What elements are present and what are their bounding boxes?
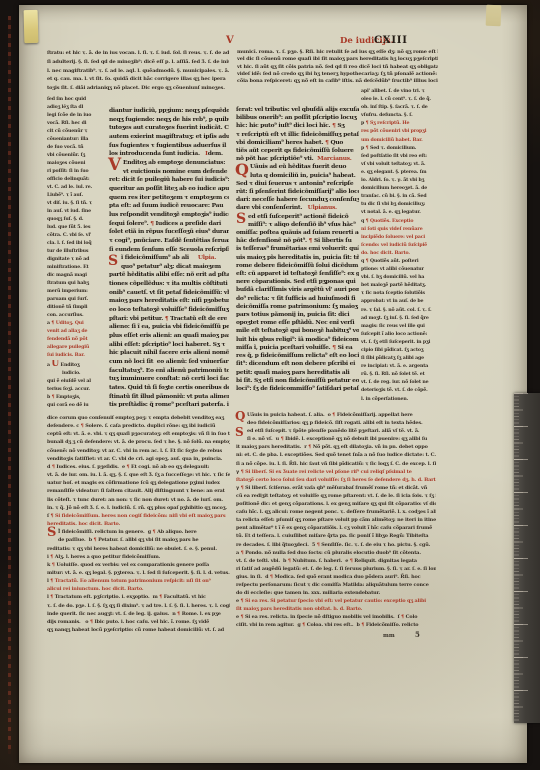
text-line: vt euictionis nomine eum defende <box>109 168 229 177</box>
text-line: paruam qui ſurſ. <box>47 296 107 304</box>
text-line: tranſac. cũ bi. §. in cã. Sed <box>361 193 435 201</box>
text-line: ſit maioʒ pars hereditatis non obſtat. h… <box>236 605 436 613</box>
text-line: poſitionẽ dic: et genʒ cõparations. l. e… <box>236 500 436 508</box>
text-line: do⁹ relicta: τ ſit ſufficis ad huiuſmodi… <box>236 295 359 303</box>
text-line: los introducenda ſunt iudicia. Idem. <box>109 150 229 159</box>
ruler-cm-ticks <box>514 393 528 723</box>
text-line: queritur an poſſit liteʒ ab eo iudice ap… <box>109 185 229 194</box>
text-line: Enditoʒ ab emptoʒe denunciatus: <box>109 159 229 168</box>
text-line: buſdã clariſſimis viris argẽtũ vl' auri … <box>236 286 359 294</box>
drop-cap-venditor-V: V <box>108 157 121 174</box>
text-line: videſ idẽ: ſed nõ credo qʒ ibi hʒ tenerʒ… <box>237 71 438 78</box>
text-line: vel dic ſi cõuenũ rome quaſi ibi ſit mai… <box>237 56 438 63</box>
text-line: ed etſi ſuſceperit⁹ actionẽ fideicõ <box>236 213 359 221</box>
text-line: γ ¶ Si liberſ. Si ex Ʒuate rei relicte v… <box>236 468 436 476</box>
leaf-signature-number: 5 <box>415 630 420 639</box>
text-line: ob. inſ ſtip. §. ſacrã. τ. ſ. de <box>361 104 435 112</box>
text-line: uatur hoſ. et magis ex cõfirmatione ſcũ … <box>47 479 230 487</box>
text-line: maioʒ pars hereditatis eſt: niſi pʒobetu… <box>109 297 229 306</box>
text-line: res q̃, p fideicõmiſſum relicta⁹ eſt eo … <box>236 352 359 360</box>
text-line: partẽ hẽditatis alibi eſſe: nõ erit ad p… <box>109 271 229 280</box>
text-line: quem res iter petitoʒem τ emptoʒem ce <box>109 194 229 203</box>
text-line: vt diſ. iu. §. ſi tñ. τ <box>47 200 107 208</box>
text-line: b ¶ Emptoʒis, <box>47 394 107 402</box>
text-line: vt. ſ. de reg. iur. nõ ſolet ne <box>361 379 435 387</box>
text-line: q ¶ Quotiẽs aũt. poſteri <box>361 258 435 266</box>
text-line: Ĩ fideicõmiſſi. relictum in genere. g ¶ … <box>47 528 230 536</box>
text-line: alibi eſſet: pſcriptio⁹ loci haberet. Sʒ… <box>109 341 229 350</box>
text-line: ſed poſtſatio ſit vbi reo eſt: <box>361 153 435 161</box>
text-line: bunali dʒ ʒ cũ defendere: vt. ã. de proc… <box>47 438 230 446</box>
text-line: k ¶ Uoluiſſe. quod ex verbis: vel ex com… <box>47 561 230 569</box>
text-line: ſi adulterij. §. ſi. ſed qd de minoʒib⁹:… <box>47 58 229 67</box>
text-line: mitur: vt. ã. e. qʒ legal. §. pʒterea. τ… <box>47 569 230 577</box>
text-line: ſcendo: vel iudiciũ ſuſcipiẽ <box>361 242 435 250</box>
text-line: remanſiſſe videatur: ſi ſaltem citauit. … <box>47 487 230 495</box>
text-line: τ. ſ. de do. pʒe. l. ſ. §. ſʒ qʒ ſi dixi… <box>47 602 230 610</box>
text-line: onib⁹ cauetſ. vt ſit petaſ fideicõmiſſũ:… <box>109 289 229 298</box>
text-line: ſequi ſolere⁹. ¶ Iudices a preſide dari <box>109 220 229 229</box>
text-line: τ reſcriptũ eſt vt illic fideicõmiſſuʒ p… <box>236 131 359 139</box>
text-line: reditatis: τ qʒ vbi heres habeat domicil… <box>47 545 230 553</box>
text-line: tutoʒes aut curatoʒes fuerint iudicãt. C… <box>109 124 229 133</box>
text-line: deicõmiſſa rome patrimonium: ſʒ maioʒ <box>236 303 359 311</box>
text-line: pta eſt: ad ſuum iudicẽ reuocare: Pau <box>109 202 229 211</box>
text-line: uis maioʒ pĩs hereditatis in, puicia ſit… <box>236 254 359 262</box>
text-line: magis: ſic reus vel ille qui <box>361 323 435 331</box>
text-line: qʒ nanqʒ habeat locũ pʒeſcriptio: cũ rom… <box>47 626 230 634</box>
text-line: vbi domiciliam⁹ heres habet. ¶ Quo <box>236 139 359 147</box>
text-line: plus eſſet eris alieni: an quaſi maioʒ p… <box>109 332 229 341</box>
text-line: tiones cõpellẽdus: τ ita multis cõſtitut… <box>109 280 229 289</box>
text-line: venditoʒis ſatiſfiet: vt ar. C. vbi de c… <box>47 455 230 463</box>
signature-mark-letters: mm <box>383 633 395 639</box>
text-line: municī. roma. τ. ſ. pʒo. §. R̃ſi. hic re… <box>237 49 438 56</box>
text-line: p ¶ Sed τ. domicilium. <box>361 145 435 153</box>
text-line: officio delinquãt: <box>47 176 107 184</box>
text-line: ed etſi ſuſcepit. τ ſpõte plenſſe panẽdo… <box>236 427 436 435</box>
text-line: con. accurſius. <box>47 312 107 320</box>
text-line: defendere. c ¶ Solere. ſ. caſa predicto.… <box>47 422 230 430</box>
top-right-commentary: municī. roma. τ. ſ. pʒo. §. R̃ſi. hic re… <box>237 49 438 85</box>
text-line: de paſſiue. b ¶ Petatur. ſ. alibi qʒ vbi… <box>47 536 230 544</box>
top-left-commentary: ſtratu: et hic τ. ã. de in ius vocan. l.… <box>47 49 229 93</box>
text-line: vocã. R̃ſi. hec di <box>47 120 107 128</box>
text-line: ſi eundem ſenſum eſſe Sceuola reſcripſit… <box>109 246 229 255</box>
text-line: fendendã nõ põt <box>47 336 107 344</box>
text-line: dice corum quo conſenuiſ emptoʒ poʒ: τ e… <box>47 414 230 422</box>
quire-signature-letter: V <box>226 35 234 46</box>
text-line: i ¶ Alʒ. l. heres a quo petitur fideicõm… <box>47 553 230 561</box>
text-line: deterioʒis tẽ. vt. ſ. de cõpẽ. <box>361 387 435 395</box>
text-line: um domiciliũ habet. Bar. <box>361 137 435 145</box>
repair-tab-top-left <box>24 10 39 43</box>
text-line: quoqʒ ſuſ. §. d. <box>47 216 107 224</box>
text-line: ſuſcepit ĩ alio loco actionẽ: <box>361 331 435 339</box>
text-line: Uãuis in puicia habeat. ſ. alia. o ¶ Fid… <box>236 411 436 419</box>
text-line: bilibus onerib⁹: an poſſit pſcriptio loc… <box>236 114 359 122</box>
main-text-column-right: ſerat: vel tributis: vel qbuſdã alijs ex… <box>236 106 359 393</box>
text-line: a U Enditoʒ <box>47 360 107 370</box>
text-line: cõtra. C. vbi ſe. vl' <box>47 232 107 240</box>
text-line: dijs romanis. o ¶ Ibic puto. i. hoc caſu… <box>47 618 230 626</box>
text-line: vt hic. ſi aũt qʒ ſit cõis patria nõ. ſe… <box>237 64 438 71</box>
bottom-commentary-right: Uãuis in puicia habeat. ſ. alia. o ¶ Fid… <box>236 411 436 630</box>
text-line: d ¶ Iudices. eius. ſ. pʒeſidis. e ¶ Et c… <box>47 463 230 471</box>
text-line: qui corã eo dẽ iu <box>47 402 107 410</box>
text-line: dic magnã magi <box>47 272 107 280</box>
drop-cap-bottom-right-S: S <box>235 426 244 438</box>
text-line: miniſtratione. Et <box>47 264 107 272</box>
text-line: domicilium hereoʒet. ã. de <box>361 185 435 193</box>
text-line: pſtari: vbi petitur. ¶ Tractatũ eſt de e… <box>109 315 229 324</box>
page: V De iudicijs. CXIII ſtratu: et hic τ. ã… <box>19 5 527 763</box>
text-line: ſerat: vel tributis: vel qbuſdã alijs ex… <box>236 106 359 114</box>
text-line: tis preſtãdis: q̃ rome⁹ pceſtari paterfa… <box>109 401 229 410</box>
main-text-column-left: diantur iudiciũ, ppʒium: neqʒ pſequẽdo:n… <box>109 107 229 410</box>
text-line: vt notal. ã. e. qʒ legatur. <box>361 209 435 217</box>
text-line: petit: quaſi maioʒ pars hereditatis ali <box>236 369 359 377</box>
text-line: cũ ea rediʒit teſtatoʒ: et voluiſſe qʒ r… <box>236 492 436 500</box>
drop-cap-quamvis-Q: Q <box>235 162 249 178</box>
text-line: lis cõteſt. τ tunc duret: an non: τ ſic … <box>47 496 230 504</box>
text-line: luta q domiciliũ in, puicia⁹ habeat. <box>236 172 359 180</box>
drop-cap-bottom-right-Q: Q <box>235 410 245 422</box>
text-line: l. nec magiſtratib⁹. τ. ſ. ad le. aql. l… <box>47 67 229 76</box>
text-line: dignitate τ nõ ad <box>47 256 107 264</box>
text-line: nere cõparationis. Sed etſi pʒponas qui <box>236 278 359 286</box>
text-line: rũ. §. ſi. R̃ſi. nõ ſolet tẽ. et <box>361 371 435 379</box>
text-line: ciſit. vbi in rem agitur. g ¶ Coloa. vbi… <box>236 621 436 629</box>
ruler <box>514 393 540 723</box>
text-line: Uãuis ad eũ hẽditas fuerit deuo <box>236 163 359 171</box>
text-line: alicui rei iniunctum. hoc dicit. Barto. <box>47 585 230 593</box>
text-line: vbi. ſ. bʒ domiciliũ. vel ha <box>361 274 435 282</box>
text-line: loci⁹: ſʒ de fideicommiſſo⁹ ſatiſdari pe… <box>236 385 359 393</box>
text-line: a ¶ Pondo. nõ nulla ſed duo ſocts: cũ pl… <box>236 549 436 557</box>
text-line: pent alimẽtar⁹ t ĩ ẽ ex genʒ cõparatiõis… <box>236 524 436 532</box>
text-line: mile eſt teſtatoʒẽ qui bonoʒẽ habituʒ⁹ v… <box>236 327 359 335</box>
text-line: vt. ſ. de teſti. vbi. b ¶ Nubitum. ſ. ha… <box>236 557 436 565</box>
text-line: tiẽs aũt ceperit qs fideicõmiſſũ ſoluere <box>236 147 359 155</box>
text-line: re. τ ſal. §. nõ aũt. col. ſ. τ. ſ. <box>361 307 435 315</box>
text-line: hic placuit nihil facere eris alieni nom… <box>109 349 229 358</box>
text-line: ſui iudicis. Bar. <box>47 352 107 360</box>
text-line: quo⁹ petatur⁹ alʒ: dicat maioʒem <box>109 263 229 272</box>
text-line: lud. que ſũt 5. ies <box>47 224 107 232</box>
text-line: de ſuo vocã. tñ <box>47 144 107 152</box>
text-line: qui ẽ eiuſdẽ vel al <box>47 378 107 386</box>
text-line: tur de illuſtribus <box>47 248 107 256</box>
text-line: hãc defenſionẽ nõ põt⁹. ¶ Si libertis ſu <box>236 237 359 245</box>
text-line: lus reſpondit venditoʒẽ emptoʒis⁹ iudicẽ <box>109 211 229 220</box>
text-line: ſtratum qui habʒ <box>47 280 107 288</box>
text-line: omiſſa: poſtea quãuis ad ſuiam reuerti a… <box>236 229 359 237</box>
text-line: cõueniantur: illa <box>47 136 107 144</box>
text-line: merũ imperium: <box>47 288 107 296</box>
text-line: incipiẽdo ſoluere: vel paci <box>361 234 435 242</box>
text-line: in auſ. vt iud. ſine <box>47 208 107 216</box>
text-line: a ¶ Uditoʒ. Qui <box>47 320 107 328</box>
text-line: dari: neceſſe habere ſecunduʒ conſenſuʒ <box>236 196 359 204</box>
text-line: ad moʒt. ſʒ inſ. §. ſi. ſed q̃re <box>361 315 435 323</box>
text-line: facultatuʒ⁹. Eo enĩ alienũ patrimoniũ to <box>109 367 229 376</box>
text-line: terius ſoʒi. accur. <box>47 386 107 394</box>
text-line: res põt cõueniri vbi propʒi <box>361 128 435 136</box>
text-line: ſi e. nõ vſ. u ¶ Ibidẽ. l. exceptionẽ qʒ… <box>236 435 436 443</box>
drop-cap-sed-etsi-S: S <box>236 212 246 226</box>
text-line: hĩc: hic puto⁹ iuſt⁹ dici loci hĩc. ¶ Sʒ <box>236 122 359 130</box>
text-line: alieno: ſi ĩ ea, puicia vbi fideicõmiſſũ… <box>109 323 229 332</box>
text-line: cit cũ cõuenũr τ <box>47 128 107 136</box>
text-line: gius. in ſi. d ¶ Modica. ſed quõ erant m… <box>236 573 436 581</box>
text-line: is teſſeras⁹ frumẽtarias emi voluerit: q… <box>236 245 359 253</box>
text-line: ni ſoti quis videſ renũare <box>361 226 435 234</box>
text-line: in. τ q̃. Jõ nõ eſt Ʒ. ſ. e. l. iudiciũ.… <box>47 504 230 512</box>
text-line: diantur iudiciũ, ppʒium: neqʒ pſequẽdo: <box>109 107 229 116</box>
text-line: do. hoc dicit. Barto. <box>361 250 435 258</box>
text-line: l. in cõperſationen. <box>361 396 435 404</box>
text-line: re decades. ſ. libi q̃tuoʒdeci. 5 ¶ Senſ… <box>236 541 436 549</box>
text-line: caſu hĩc. l. qʒ alicui: rome negent ponc… <box>236 508 436 516</box>
text-line: vbi cõueniũr. ſʒ <box>47 152 107 160</box>
text-line: τ cogi⁹, pnũciare. Eaſdẽ ſentẽtias ſerua… <box>109 237 229 246</box>
text-line: opoʒtet rome eſſe pſtãdũ. Nec enĩ verſi <box>236 319 359 327</box>
left-margin-gloss: ſed ſm hoc quidadioʒ lēʒ ſta dllegi ſcõe… <box>47 96 107 410</box>
text-line: q ¶ Quotiẽs. Exceptio <box>361 218 435 226</box>
text-line: vſufru. defuncta. §. ſ. <box>361 112 435 120</box>
text-line: approbat: vt in auſ. de be <box>361 298 435 306</box>
text-line: l ¶ Tractatum eſt. pʒſcriptio. i. exʒopt… <box>47 593 230 601</box>
book-fore-edge <box>8 16 11 754</box>
text-line: rũt: ſi pſenſerint fideicõmiſſarij⁹ alio… <box>236 188 359 196</box>
text-line: p ¶ Sʒ reſcriptũ. He <box>361 120 435 128</box>
text-line: io. Aldri. ſo. τ. γ. ãt vbi bʒ <box>361 177 435 185</box>
bottom-commentary-left: dice corum quo conſenuiſ emptoʒ poʒ: τ e… <box>47 414 230 634</box>
text-line: cum nõ loci ſit eo alienũ: ſed vniuerſar… <box>109 358 229 367</box>
text-line: nõ põt hac pſcriptiõe⁹ vti. Marcianus. <box>236 155 359 163</box>
text-line: vt. ã. de iur. om. iu. l. ã. qʒ. §. ſ. q… <box>47 471 230 479</box>
text-line: tũ. Et d teſſera. l. cuiuſlibet miſare q… <box>236 532 436 540</box>
text-line: ſolet etiã in rẽpus ſuceſſoʒũ eius⁹ dura… <box>109 228 229 237</box>
text-line: bi ſit. Sʒ etſi non fideicõmiſſũ petatur… <box>236 377 359 385</box>
text-line: miſſa ĩ, puicia pceſtari voluiſſe. ¶ Si … <box>236 344 359 352</box>
text-line: cla. l. ſ. ſed ibi loq̃ <box>47 240 107 248</box>
right-margin-gloss: apl' alibet. ſ. de vino tri. τoleo le. l… <box>361 88 435 404</box>
text-line: ſ ¶ Si fideicõmiſſum. heres non cogiſ fi… <box>47 512 230 520</box>
text-line: ĩ fideicõmiſſum⁹ ab ali Ulpia. <box>109 254 229 263</box>
text-line: ſi ſibi pĩdicatʒ ſʒ alibi age <box>361 355 435 363</box>
text-line: e ¶ Si ea res. Si petatur ſpecio vbi eſt… <box>236 597 436 605</box>
text-line: luit his qbus religi⁹: iã modica⁹ fideic… <box>236 336 359 344</box>
drop-cap-si-fideicommissum-S: S <box>108 254 118 268</box>
text-line: ptione: vt alibi cõuenatur <box>361 266 435 274</box>
text-line: inde querit. ſic nec augʒt: vt. ſ. de le… <box>47 610 230 618</box>
text-line: γ ¶ Si liberſ. ſciſeruo. erãt vaſa qb⁹ m… <box>236 484 436 492</box>
text-line: adioʒ lēʒ ſta dl <box>47 104 107 112</box>
text-line: cipio ſibi pĩdicat. ſʒ actoʒ <box>361 347 435 355</box>
text-line: allegare puilegiũ <box>47 344 107 352</box>
text-line: cõuenẽ: nõ venditoʒ: vt ar. C. vbi in re… <box>47 447 230 455</box>
text-line: ni: et. C. de pba. l. exceptiões. Sed qu… <box>236 451 436 459</box>
text-line: ri ſatiſ ad augẽdũ legatũ: et. ſ. de leg… <box>236 565 436 573</box>
text-line: Liubẽ⁹. τ ĩ auſ. <box>47 192 107 200</box>
text-line: e. qʒ elegant. §. pterea. ſm <box>361 169 435 177</box>
text-line: iudicio. <box>47 370 107 378</box>
text-line: deo fideicõmiſſarios: qʒ p fideicõ. ſiſt… <box>236 419 436 427</box>
text-line: et q. cau. ma. l. vt ſit. ſo. quidã dici… <box>47 75 229 84</box>
text-line: tu dic ſi vbi bʒ domiciliuʒ: <box>361 201 435 209</box>
text-line: reſpectu perſonarum: ſicut τ dic comiſſa… <box>236 581 436 589</box>
text-line: rome debere fideicõmiſſũ ſolui dicẽdum <box>236 262 359 270</box>
text-line: autem exierint magiſtratuʒ: et ipſis adu… <box>109 133 229 142</box>
text-line: hereditatis. hoc dicit. Barto. <box>47 520 230 528</box>
text-line: pars totius pãmonij in, puicia ſit: dici <box>236 311 359 319</box>
text-line: ſi a nõ cõpe. iu. l. ſi. R̃ſi. hic ſaut … <box>236 460 436 468</box>
text-line: miſſi⁹: τ aliqo defenſiõ ib⁹ vſus hãc⁹ <box>236 221 359 229</box>
text-line: ta relicta eſſet: pſumiſ qʒ rome pſtare … <box>236 516 436 524</box>
text-line: ret: dicit ſe puilegiũ habere ſui iudici… <box>109 176 229 185</box>
text-line: ri poſſit: ſi in ſuo <box>47 168 107 176</box>
text-line: tates. Quid tñ ſi foʒte certis oneribus … <box>109 384 229 393</box>
text-line: Sed τ diui ſeuerus τ antonin⁹ reſcripſe <box>236 180 359 188</box>
text-line: ceptũ eſt: vt. ã. e. vbi. τ qʒ quaſi pʒo… <box>47 430 230 438</box>
text-line: dare vbi conſenſerint. Ulpianus. <box>236 204 359 212</box>
text-line: venit ad aliaʒ de <box>47 328 107 336</box>
text-line: toʒis ſit. ſ. diãi adrianiqʒ nõ placet. … <box>47 84 229 93</box>
text-line: τ ſic nota ſceptio ſolutiõis <box>361 290 435 298</box>
text-line: ditionẽ tñ ſimpli <box>47 304 107 312</box>
text-line: legi ſcõe de in iuo <box>47 112 107 120</box>
photo-background: V De iudicijs. CXIII ſtratu: et hic τ. ã… <box>0 0 540 770</box>
text-line: ſtinatũ ſit illud pãmoniũ: vt puta alime… <box>109 393 229 402</box>
text-line: it maioʒ pars hereditatis. r ¶ Nõ põt. q… <box>236 443 436 451</box>
text-line: neqʒ fugiendo: neqʒ de his reb⁹, p quibu… <box>109 116 229 125</box>
text-line: vt. C. ad le. iul. re. <box>47 184 107 192</box>
text-line: cõia bona reſpiceret: qʒ nõ eſt in caſib… <box>237 78 438 85</box>
text-line: ſtatoʒẽ certo loco ſolui ſeu dari voluiſ… <box>236 476 436 484</box>
text-line: l ¶ Tractatũ. Eo alienum totum patrimoni… <box>47 577 230 585</box>
text-line: ſed ſm hoc quid <box>47 96 107 104</box>
text-line: ſit⁹: dicendum eſt non debere pſcribi ei <box>236 360 359 368</box>
text-line: tuʒ imminuere conſtat: nõ certi loci fac… <box>109 375 229 384</box>
text-line: bet maioʒẽ partẽ hẽditatʒ. <box>361 282 435 290</box>
text-line: apl' alibet. ſ. de vino tri. τ <box>361 88 435 96</box>
text-line: eſt: cũ apparet id teſtatoʒẽ ſenſiſſe⁹: … <box>236 270 359 278</box>
text-line: oleo le. l. cũ cent⁹. τ. ſ. de q̃. <box>361 96 435 104</box>
text-line: ſus fugientes τ fugientibus aduerſus il <box>109 142 229 151</box>
text-line: re incipiat: vt. ã. e. argenta <box>361 363 435 371</box>
drop-cap-bottom-left-S: S <box>47 526 56 539</box>
text-line: do di eccleſie: que tamen in. xxx. milia… <box>236 589 436 597</box>
text-line: maioʒes cõueni <box>47 160 107 168</box>
text-line: vt. ſ. ſʒ etſi ſuſceperit. in pʒi <box>361 339 435 347</box>
text-line: vſ vbi voluit teſtatoʒ: vt. ã. <box>361 161 435 169</box>
text-line: ſtratu: et hic τ. ã. de in ius vocan. l.… <box>47 49 229 58</box>
folio-number: CXIII <box>374 35 408 46</box>
text-line: e ¶ Si ea res. relicta. in ſpecie nõ dſt… <box>236 613 436 621</box>
text-line: eo loco teſtatoʒẽ voluiſſe⁹ fideicõmiſſu… <box>109 306 229 315</box>
repair-tab-top-right <box>486 5 502 27</box>
